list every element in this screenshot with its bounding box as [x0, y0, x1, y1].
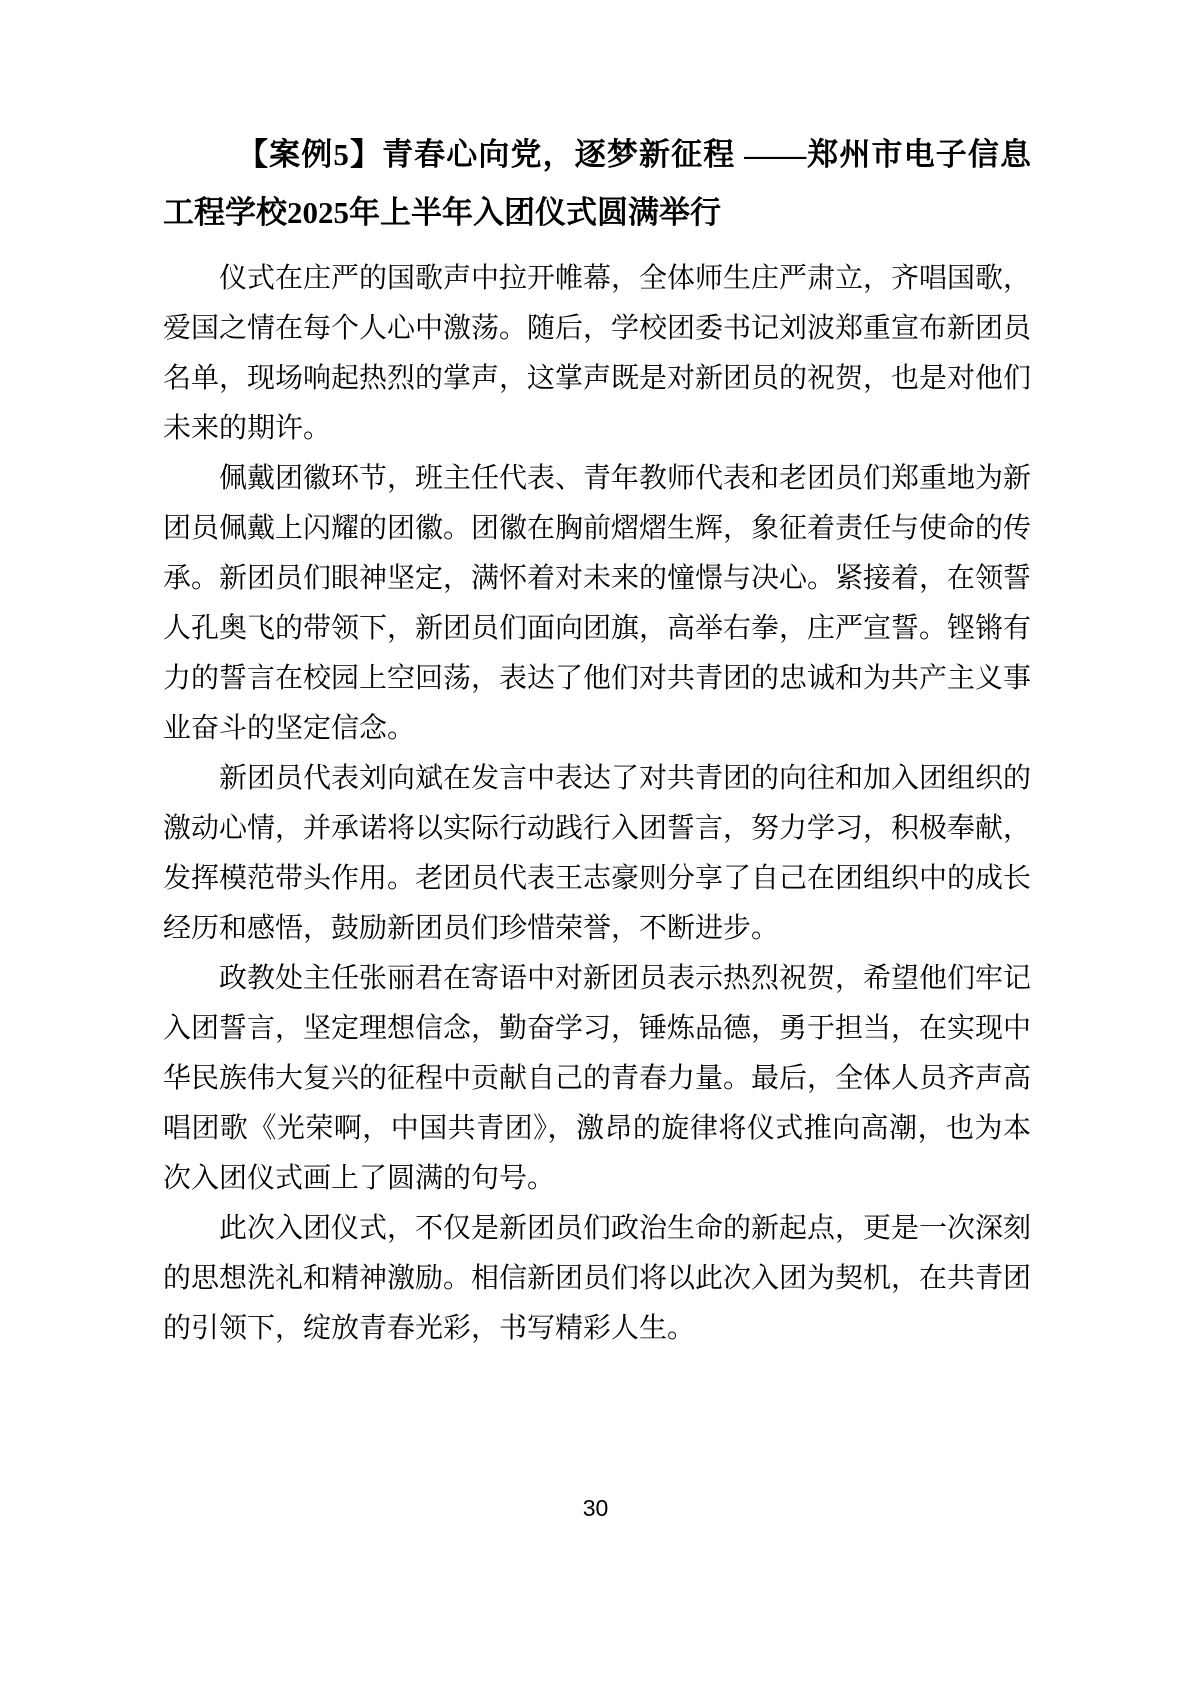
page-number: 30: [583, 1495, 609, 1521]
paragraph-3: 新团员代表刘向斌在发言中表达了对共青团的向往和加入团组织的激动心情，并承诺将以实…: [163, 754, 1031, 954]
page-footer: 30: [0, 1494, 1191, 1522]
paragraph-1: 仪式在庄严的国歌声中拉开帷幕，全体师生庄严肃立，齐唱国歌，爱国之情在每个人心中激…: [163, 254, 1031, 454]
document-body: 仪式在庄严的国歌声中拉开帷幕，全体师生庄严肃立，齐唱国歌，爱国之情在每个人心中激…: [163, 254, 1031, 1354]
paragraph-4: 政教处主任张丽君在寄语中对新团员表示热烈祝贺，希望他们牢记入团誓言，坚定理想信念…: [163, 954, 1031, 1204]
document-title: 【案例5】青春心向党，逐梦新征程 ——郑州市电子信息工程学校2025年上半年入团…: [163, 126, 1031, 242]
paragraph-5: 此次入团仪式，不仅是新团员们政治生命的新起点，更是一次深刻的思想洗礼和精神激励。…: [163, 1204, 1031, 1354]
document-page: 【案例5】青春心向党，逐梦新征程 ——郑州市电子信息工程学校2025年上半年入团…: [0, 0, 1191, 1684]
document-content: 【案例5】青春心向党，逐梦新征程 ——郑州市电子信息工程学校2025年上半年入团…: [163, 0, 1031, 1354]
paragraph-2: 佩戴团徽环节，班主任代表、青年教师代表和老团员们郑重地为新团员佩戴上闪耀的团徽。…: [163, 454, 1031, 754]
